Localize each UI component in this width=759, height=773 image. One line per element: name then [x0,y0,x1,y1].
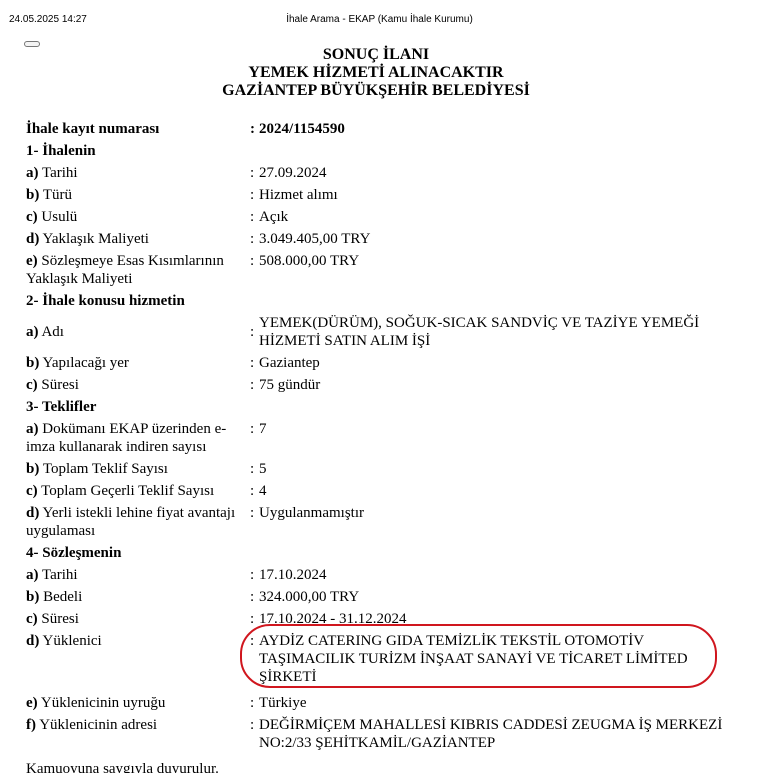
colon: : [250,314,259,350]
field-label-text: Toplam Geçerli Teklif Sayısı [41,483,214,499]
colon: : [250,504,259,540]
field-key: f) [26,717,36,733]
title-line: YEMEK HİZMETİ ALINACAKTIR [26,64,726,82]
colon: : [250,694,259,712]
field-label: d) Yerli istekli lehine fiyat avantajı u… [26,504,250,540]
colon: : [250,482,259,500]
field-value: Uygulanmamıştır [259,504,726,540]
field-value: 17.10.2024 - 31.12.2024 [259,610,726,628]
colon: : [250,164,259,182]
field-label-text: Adı [41,324,64,340]
field-row: a) Tarihi:17.10.2024 [26,566,726,584]
document-body: İhale kayıt numarası :2024/1154590 1- İh… [26,120,726,752]
field-label: a) Tarihi [26,164,250,182]
print-header: 24.05.2025 14:27 İhale Arama - EKAP (Kam… [0,14,759,28]
field-row: e) Yüklenicinin uyruğu:Türkiye [26,694,726,712]
field-value: Açık [259,208,726,226]
field-label-text: Sözleşmeye Esas Kısımlarının Yaklaşık Ma… [26,253,224,287]
field-key: e) [26,253,38,269]
colon: : [250,420,259,456]
field-row: b) Bedeli:324.000,00 TRY [26,588,726,606]
field-label: e) Sözleşmeye Esas Kısımlarının Yaklaşık… [26,252,250,288]
field-label-text: Tarihi [42,567,78,583]
announcement-document: SONUÇ İLANI YEMEK HİZMETİ ALINACAKTIR GA… [26,46,726,773]
field-value: AYDİZ CATERING GIDA TEMİZLİK TEKSTİL OTO… [259,632,726,686]
field-row: d) Yerli istekli lehine fiyat avantajı u… [26,504,726,540]
field-row: a) Adı:YEMEK(DÜRÜM), SOĞUK-SICAK SANDVİÇ… [26,314,726,350]
field-key: e) [26,695,38,711]
document-titles: SONUÇ İLANI YEMEK HİZMETİ ALINACAKTIR GA… [26,46,726,100]
field-label: d) Yaklaşık Maliyeti [26,230,250,248]
field-row: c) Süresi:17.10.2024 - 31.12.2024 [26,610,726,628]
colon: : [250,632,259,686]
field-label-text: Dokümanı EKAP üzerinden e-imza kullanara… [26,421,226,455]
title-line: SONUÇ İLANI [26,46,726,64]
field-label-text: Yüklenicinin uyruğu [41,695,166,711]
colon: : [250,252,259,288]
field-row: b) Yapılacağı yer:Gaziantep [26,354,726,372]
field-key: b) [26,187,39,203]
field-label: d) Yüklenici [26,632,250,686]
colon: : [250,588,259,606]
field-row: c) Süresi:75 gündür [26,376,726,394]
field-label: b) Yapılacağı yer [26,354,250,372]
colon: : [250,208,259,226]
colon: : [250,566,259,584]
field-label: b) Türü [26,186,250,204]
closing-text: Kamuoyuna saygıyla duyurulur. [26,760,726,773]
field-label-text: Toplam Teklif Sayısı [43,461,168,477]
colon: : [250,376,259,394]
field-label: a) Tarihi [26,566,250,584]
field-label-text: Türü [43,187,72,203]
field-value: 324.000,00 TRY [259,588,726,606]
colon: : [250,230,259,248]
field-value: Hizmet alımı [259,186,726,204]
field-key: b) [26,461,39,477]
field-key: a) [26,421,39,437]
field-label: c) Toplam Geçerli Teklif Sayısı [26,482,250,500]
field-key: c) [26,611,38,627]
registration-row: İhale kayıt numarası :2024/1154590 [26,120,726,138]
field-label-text: Süresi [41,611,79,627]
field-row: d) Yüklenici:AYDİZ CATERING GIDA TEMİZLİ… [26,632,726,686]
field-label-text: Yapılacağı yer [43,355,129,371]
field-label: f) Yüklenicinin adresi [26,716,250,752]
field-label-text: Bedeli [43,589,82,605]
field-value: 75 gündür [259,376,726,394]
field-label-text: Usulü [41,209,77,225]
field-value: YEMEK(DÜRÜM), SOĞUK-SICAK SANDVİÇ VE TAZ… [259,314,726,350]
field-row: b) Toplam Teklif Sayısı:5 [26,460,726,478]
field-label: c) Süresi [26,610,250,628]
field-row: a) Tarihi:27.09.2024 [26,164,726,182]
field-value: 4 [259,482,726,500]
print-page-title: İhale Arama - EKAP (Kamu İhale Kurumu) [0,14,759,25]
field-row: c) Toplam Geçerli Teklif Sayısı:4 [26,482,726,500]
field-value: Gaziantep [259,354,726,372]
colon: : [250,610,259,628]
field-label-text: Yüklenici [43,633,102,649]
registration-label: İhale kayıt numarası [26,120,250,138]
colon: : [250,354,259,372]
field-row: b) Türü:Hizmet alımı [26,186,726,204]
field-key: d) [26,231,39,247]
field-value: 5 [259,460,726,478]
colon: : [250,186,259,204]
field-value: DEĞİRMİÇEM MAHALLESİ KIBRIS CADDESİ ZEUG… [259,716,726,752]
field-key: a) [26,324,39,340]
title-line: GAZİANTEP BÜYÜKŞEHİR BELEDİYESİ [26,82,726,100]
field-label-text: Tarihi [42,165,78,181]
field-key: a) [26,165,39,181]
field-value: 17.10.2024 [259,566,726,584]
field-label: e) Yüklenicinin uyruğu [26,694,250,712]
field-row: e) Sözleşmeye Esas Kısımlarının Yaklaşık… [26,252,726,288]
field-key: a) [26,567,39,583]
field-label: a) Adı [26,314,250,350]
field-row: a) Dokümanı EKAP üzerinden e-imza kullan… [26,420,726,456]
field-key: d) [26,505,39,521]
field-label: a) Dokümanı EKAP üzerinden e-imza kullan… [26,420,250,456]
field-key: c) [26,483,38,499]
colon: : [250,120,259,138]
section-heading: 4- Sözleşmenin [26,544,726,562]
field-key: b) [26,589,39,605]
registration-value: 2024/1154590 [259,120,726,138]
field-label-text: Süresi [41,377,79,393]
section-heading: 1- İhalenin [26,142,726,160]
field-key: c) [26,209,38,225]
field-label: c) Usulü [26,208,250,226]
field-row: f) Yüklenicinin adresi:DEĞİRMİÇEM MAHALL… [26,716,726,752]
field-key: b) [26,355,39,371]
field-value: 508.000,00 TRY [259,252,726,288]
field-label-text: Yerli istekli lehine fiyat avantajı uygu… [26,505,235,539]
field-label: b) Bedeli [26,588,250,606]
field-row: c) Usulü:Açık [26,208,726,226]
field-label: c) Süresi [26,376,250,394]
field-label: b) Toplam Teklif Sayısı [26,460,250,478]
section-heading: 3- Teklifler [26,398,726,416]
field-value: 7 [259,420,726,456]
field-key: d) [26,633,39,649]
field-label-text: Yaklaşık Maliyeti [43,231,149,247]
field-value: 27.09.2024 [259,164,726,182]
colon: : [250,460,259,478]
section-heading: 2- İhale konusu hizmetin [26,292,726,310]
colon: : [250,716,259,752]
field-value: Türkiye [259,694,726,712]
field-row: d) Yaklaşık Maliyeti:3.049.405,00 TRY [26,230,726,248]
field-key: c) [26,377,38,393]
field-label-text: Yüklenicinin adresi [39,717,157,733]
field-value: 3.049.405,00 TRY [259,230,726,248]
